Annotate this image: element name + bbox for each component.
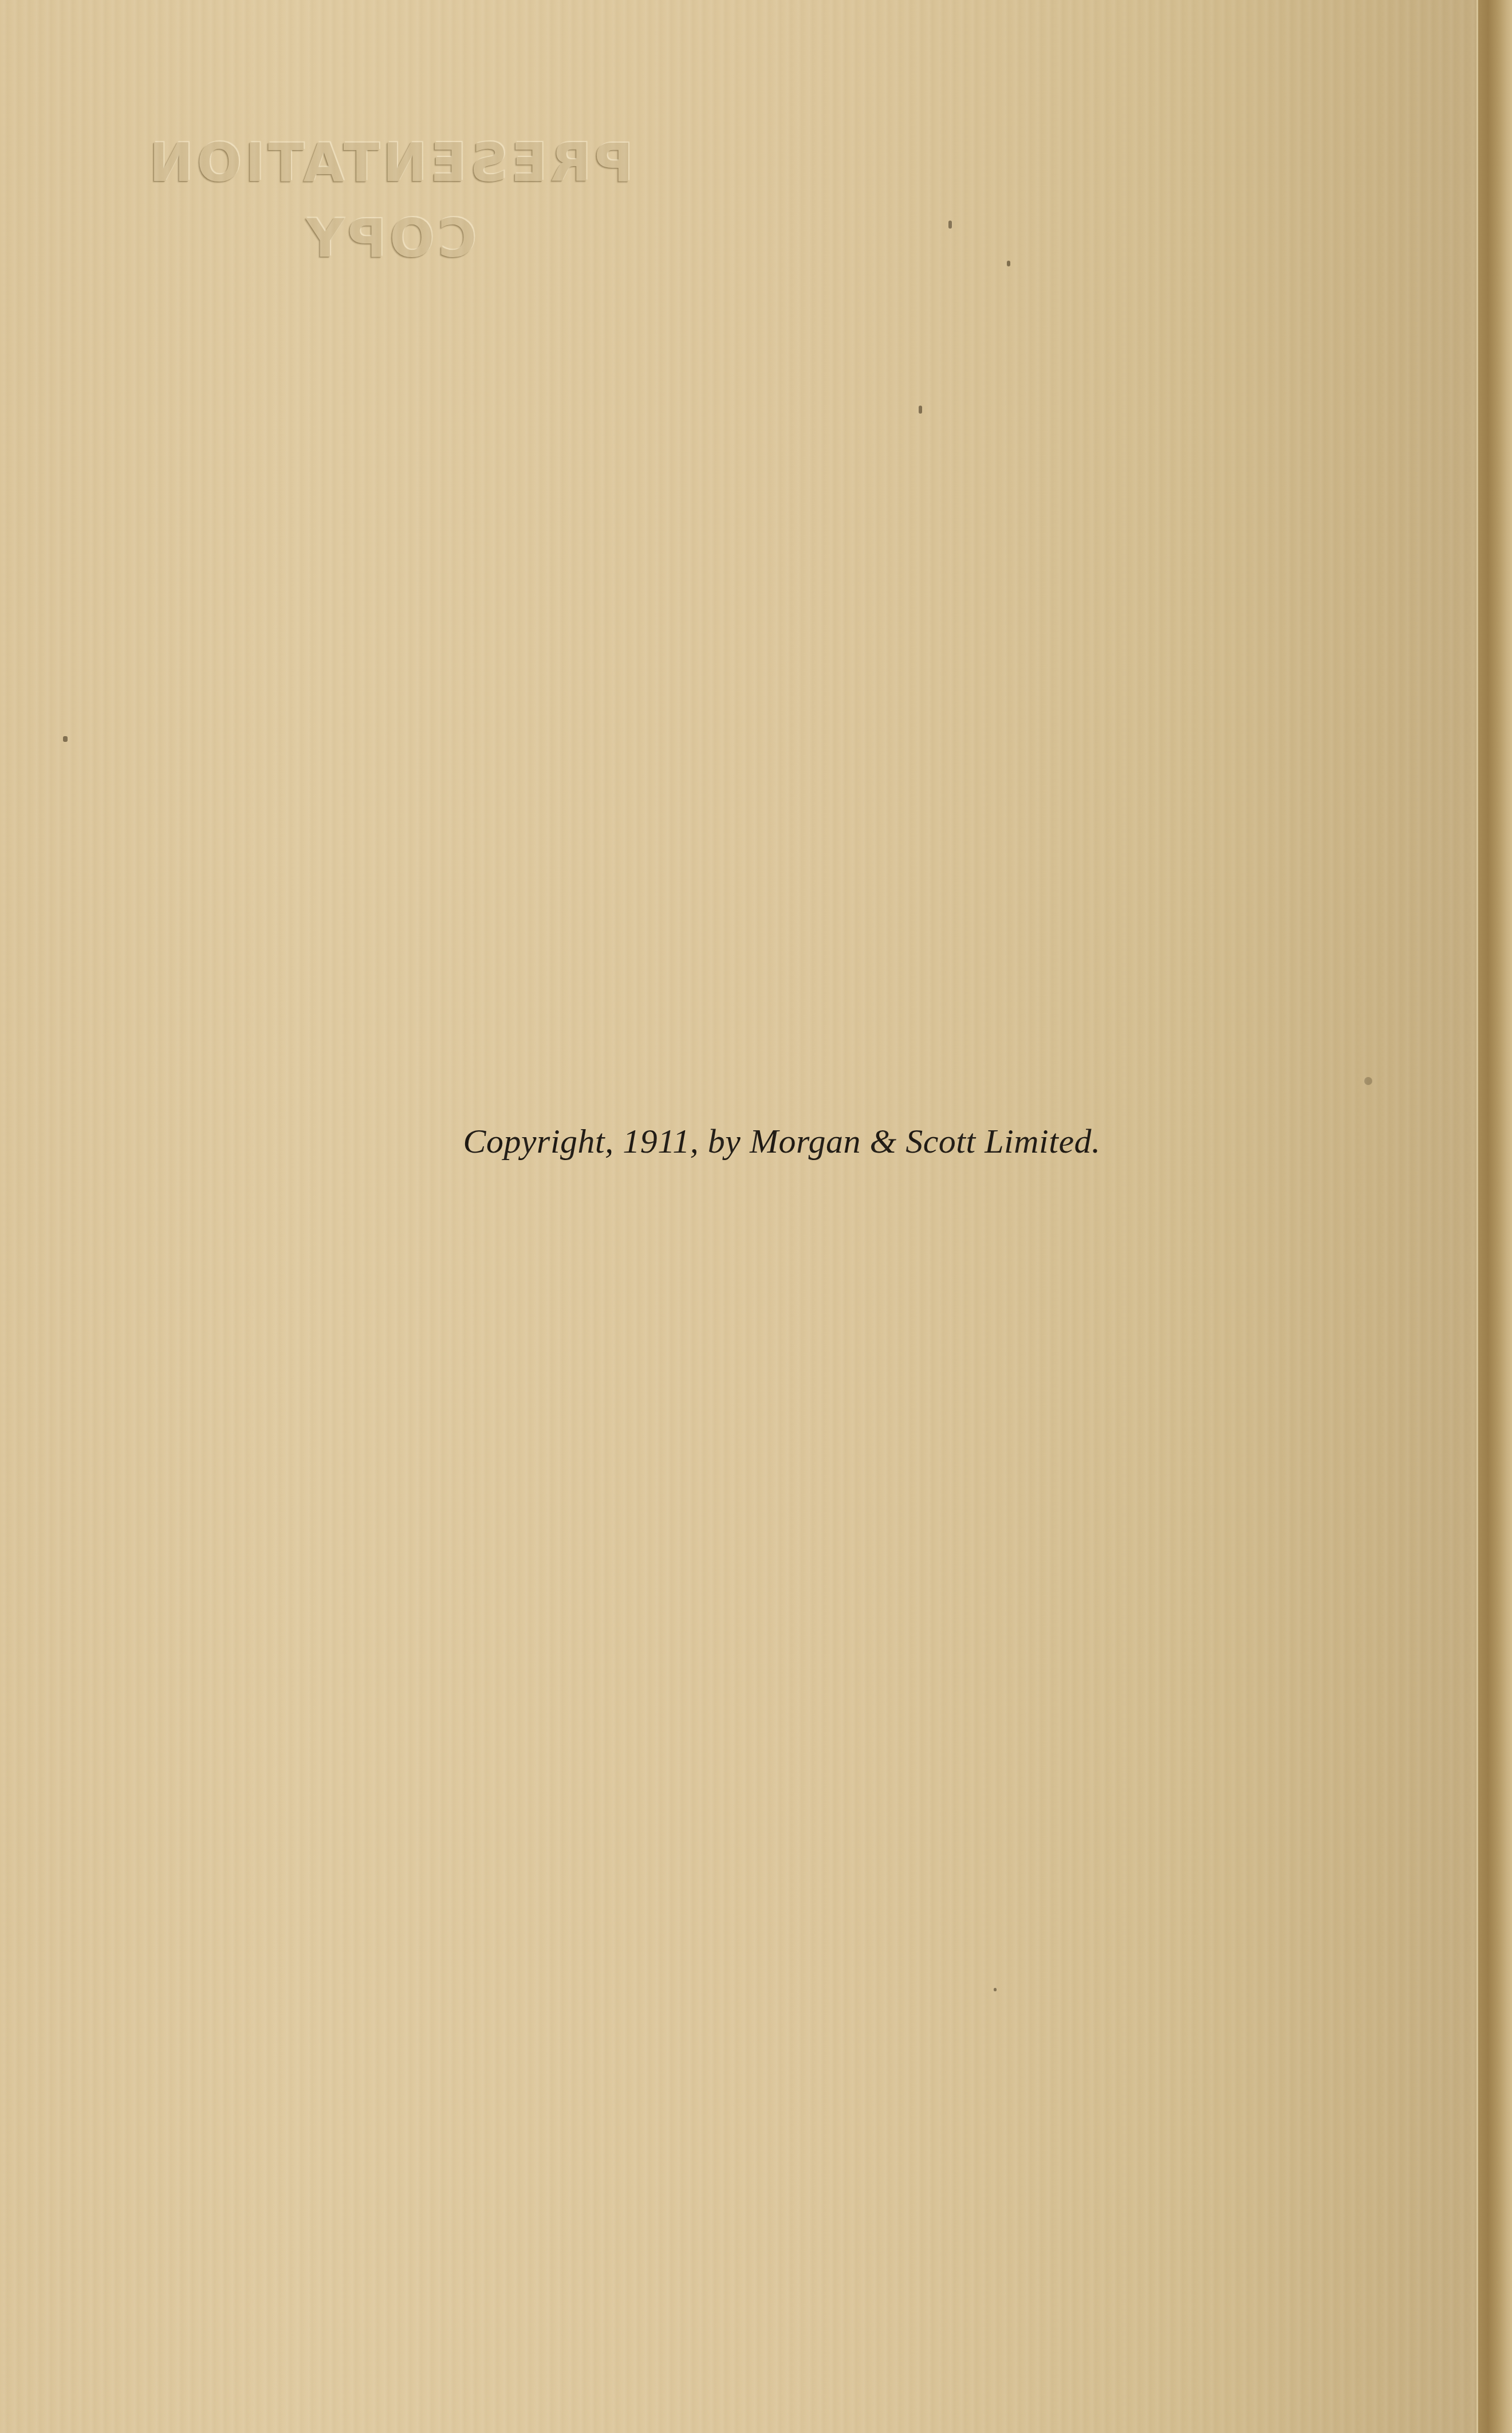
paper-speck [1007,261,1010,266]
presentation-copy-emboss-stamp: PRESENTATION COPY [137,123,641,279]
stamp-line-copy: COPY [137,199,641,279]
paper-speck [919,406,922,414]
paper-speck [948,221,952,229]
stamp-line-presentation: PRESENTATION [137,123,641,203]
book-page: PRESENTATION COPY Copyright, 1911, by Mo… [0,0,1478,2433]
paper-speck [1364,1077,1372,1085]
copyright-notice: Copyright, 1911, by Morgan & Scott Limit… [0,1122,1478,1161]
page-edge-binding [1478,0,1512,2433]
page-edge-highlight [1476,0,1478,2433]
paper-speck [994,1988,997,1991]
paper-speck [63,736,68,742]
